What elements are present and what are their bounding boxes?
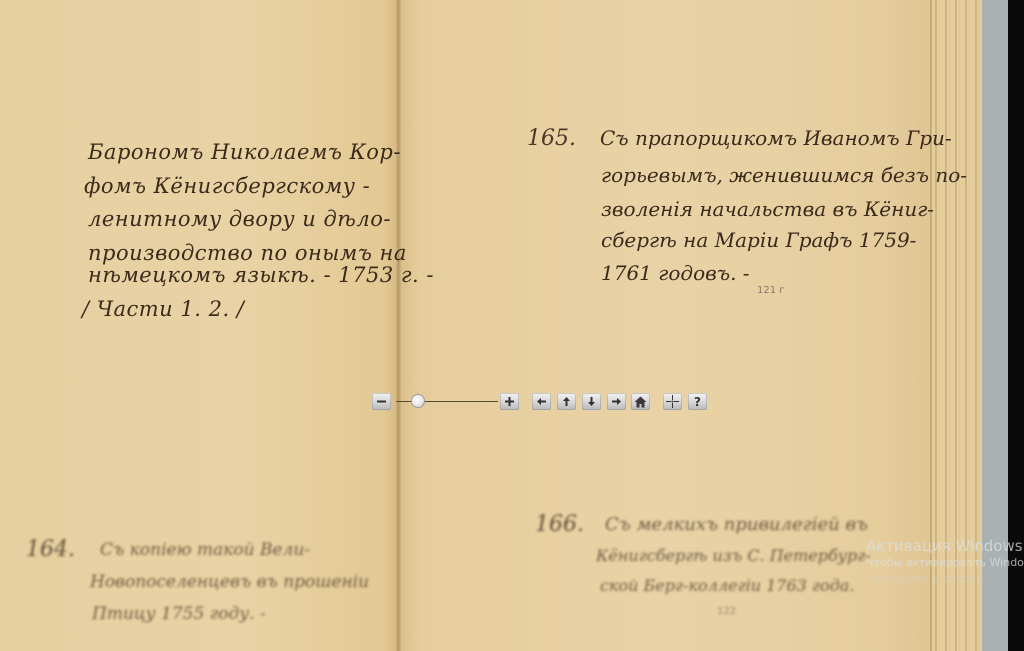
handwritten-line: горьевымъ, женившимся безъ по- xyxy=(601,163,967,187)
pan-right-button[interactable] xyxy=(607,393,626,410)
handwritten-line: фомъ Кёнигсбергскому - xyxy=(84,174,370,198)
handwritten-line: сбергѣ на Маріи Графъ 1759- xyxy=(601,228,916,252)
handwritten-line: Новопоселенцевъ въ прошеніи xyxy=(90,572,369,592)
pencil-note: 121 г xyxy=(757,285,785,296)
viewer-toolbar: ? xyxy=(370,391,710,413)
entry-number: 165. xyxy=(527,126,576,151)
handwritten-line: 1761 годовъ. - xyxy=(601,261,750,285)
handwritten-line: Съ мелкихъ привилегіей въ xyxy=(605,514,868,535)
handwritten-line: ленитному двору и дѣло- xyxy=(88,207,391,231)
entry-number: 166. xyxy=(535,512,584,537)
arrow-up-icon xyxy=(561,396,572,407)
zoom-slider-handle[interactable] xyxy=(412,395,424,407)
home-icon xyxy=(634,396,647,408)
handwritten-line: / Части 1. 2. / xyxy=(82,297,244,321)
entry-number: 164. xyxy=(26,537,75,562)
document-viewer[interactable]: Барономъ Николаемъ Кор- фомъ Кёнигсбергс… xyxy=(0,0,1024,651)
zoom-in-button[interactable] xyxy=(500,393,519,410)
help-button[interactable]: ? xyxy=(688,393,707,410)
handwritten-line: зволенія начальства въ Кёниг- xyxy=(601,197,934,221)
handwritten-line: Птицу 1755 году. - xyxy=(92,604,266,624)
activation-watermark-title: Активация Windows xyxy=(866,537,1023,555)
plus-icon xyxy=(504,396,515,407)
help-icon: ? xyxy=(694,396,701,408)
crosshair-icon xyxy=(666,395,679,408)
arrow-right-icon xyxy=(611,396,622,407)
handwritten-line: Барономъ Николаемъ Кор- xyxy=(88,140,401,164)
pan-down-button[interactable] xyxy=(582,393,601,410)
arrow-left-icon xyxy=(536,396,547,407)
full-page-button[interactable] xyxy=(663,393,682,410)
minus-icon xyxy=(376,396,387,407)
activation-watermark-text: Чтобы активировать Windows, xyxy=(866,556,1024,569)
handwritten-line: Кёнигсбергѣ изъ С. Петербург- xyxy=(596,546,871,565)
handwritten-line: ской Берг-коллегіи 1763 года. xyxy=(600,576,854,595)
activation-watermark-text: перейдите в раздел xyxy=(866,572,983,585)
handwritten-line: Съ прапорщикомъ Иваномъ Гри- xyxy=(600,126,952,150)
pan-left-button[interactable] xyxy=(532,393,551,410)
book-gutter xyxy=(396,0,401,651)
handwritten-line: производство по онымъ на xyxy=(88,241,407,265)
pencil-note: 122 xyxy=(717,606,736,617)
pan-up-button[interactable] xyxy=(557,393,576,410)
zoom-out-button[interactable] xyxy=(372,393,391,410)
home-button[interactable] xyxy=(631,393,650,410)
handwritten-line: Съ копіею такой Вели- xyxy=(100,540,310,560)
arrow-down-icon xyxy=(586,396,597,407)
handwritten-line: нѣмецкомъ языкѣ. - 1753 г. - xyxy=(88,263,434,287)
